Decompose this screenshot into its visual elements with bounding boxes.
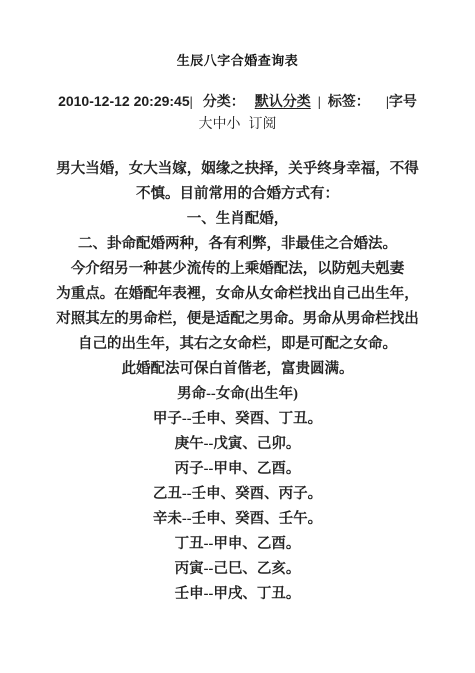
post-meta: 2010-12-12 20:29:45|分类：默认分类|标签：|字号 大中小订阅 [38,90,437,136]
article-line: 乙丑--壬申、癸酉、丙子。 [38,482,437,507]
fontsize-medium-button[interactable]: 中 [213,117,227,132]
blog-post-page: 生辰八字合婚查询表 2010-12-12 20:29:45|分类：默认分类|标签… [0,0,475,673]
fontsize-small-button[interactable]: 小 [227,117,241,132]
fontsize-label: 字号 [389,95,417,110]
article-line: 今介绍另一种甚少流传的上乘婚配法，以防剋夫剋妻 [38,257,437,282]
category-link[interactable]: 默认分类 [255,95,311,110]
article-line: 庚午--戊寅、己卯。 [38,432,437,457]
subscribe-link[interactable]: 订阅 [249,117,277,132]
article-line: 丙寅--己巳、乙亥。 [38,557,437,582]
article-line: 此婚配法可保白首偕老，富贵圆满。 [38,357,437,382]
article-line: 不慎。目前常用的合婚方式有： [38,182,437,207]
article-line: 丁丑--甲申、乙酉。 [38,532,437,557]
separator-pipe: | [318,95,321,110]
article-line: 男大当婚，女大当嫁，姻缘之抉择，关乎终身幸福，不得 [38,157,437,182]
fontsize-large-button[interactable]: 大 [199,117,213,132]
post-title: 生辰八字合婚查询表 [38,52,437,70]
category-label: 分类： [203,95,245,110]
post-meta-line1: 2010-12-12 20:29:45|分类：默认分类|标签：|字号 [38,90,437,114]
tags-label: 标签： [328,95,370,110]
separator-pipe: | [190,95,193,110]
article-line: 二、卦命配婚两种，各有利弊，非最佳之合婚法。 [38,232,437,257]
article-line: 丙子--甲申、乙酉。 [38,457,437,482]
post-date: 2010-12-12 20:29:45 [58,93,190,109]
article-line: 甲子--壬申、癸酉、丁丑。 [38,407,437,432]
post-meta-line2: 大中小订阅 [38,114,437,136]
article-line: 为重点。在婚配年表裡，女命从女命栏找出自己出生年， [38,282,437,307]
article-line: 自己的出生年，其右之女命栏，即是可配之女命。 [38,332,437,357]
article-body: 男大当婚，女大当嫁，姻缘之抉择，关乎终身幸福，不得 不慎。目前常用的合婚方式有：… [38,157,437,607]
article-line: 壬申--甲戌、丁丑。 [38,582,437,607]
article-line: 男命--女命(出生年) [38,382,437,407]
article-line: 对照其左的男命栏，便是适配之男命。男命从男命栏找出 [38,307,437,332]
article-line: 一、生肖配婚， [38,207,437,232]
article-line: 辛未--壬申、癸酉、壬午。 [38,507,437,532]
